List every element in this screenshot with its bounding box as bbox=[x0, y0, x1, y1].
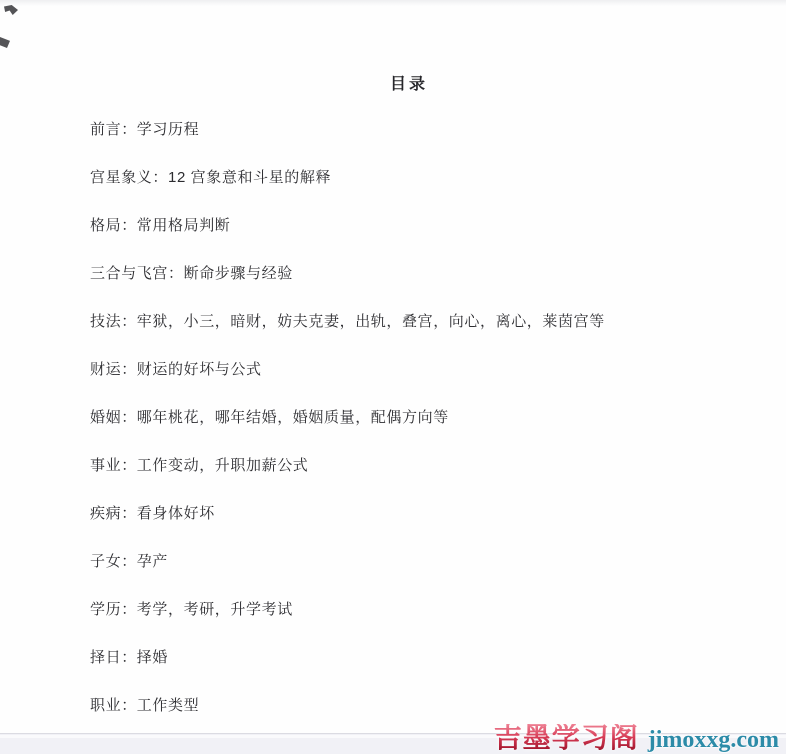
toc-item: 事业：工作变动，升职加薪公式 bbox=[90, 440, 766, 488]
toc-item: 格局：常用格局判断 bbox=[90, 200, 766, 248]
toc-item: 疾病：看身体好坏 bbox=[90, 488, 766, 536]
toc-item: 学历：考学，考研，升学考试 bbox=[90, 584, 766, 632]
watermark-domain-text: jimoxxg.com bbox=[648, 728, 779, 752]
toc-item: 婚姻：哪年桃花，哪年结婚，婚姻质量，配偶方向等 bbox=[90, 392, 766, 440]
toc-item: 子女：孕产 bbox=[90, 536, 766, 584]
toc-item: 前言：学习历程 bbox=[90, 104, 766, 152]
scan-artifact-mark bbox=[4, 5, 18, 15]
page-title: 目录 bbox=[16, 71, 786, 94]
site-watermark: 吉墨学习阁 jimoxxg.com bbox=[494, 724, 779, 754]
scan-artifact-mark bbox=[0, 37, 10, 48]
toc-item: 技法：牢狱，小三，暗财，妨夫克妻，出轨，叠宫，向心，离心，莱茵宫等 bbox=[90, 296, 766, 344]
toc-item: 择日：择婚 bbox=[90, 632, 766, 680]
document-page: 目录 前言：学习历程 宫星象义：12 宫象意和斗星的解释 格局：常用格局判断 三… bbox=[0, 0, 786, 754]
toc-item: 三合与飞宫：断命步骤与经验 bbox=[90, 248, 766, 296]
toc-list: 前言：学习历程 宫星象义：12 宫象意和斗星的解释 格局：常用格局判断 三合与飞… bbox=[90, 104, 766, 728]
toc-item: 宫星象义：12 宫象意和斗星的解释 bbox=[90, 152, 766, 200]
watermark-brand-text: 吉墨学习阁 bbox=[494, 724, 639, 752]
toc-item: 财运：财运的好坏与公式 bbox=[90, 344, 766, 392]
toc-item: 职业：工作类型 bbox=[90, 680, 766, 728]
